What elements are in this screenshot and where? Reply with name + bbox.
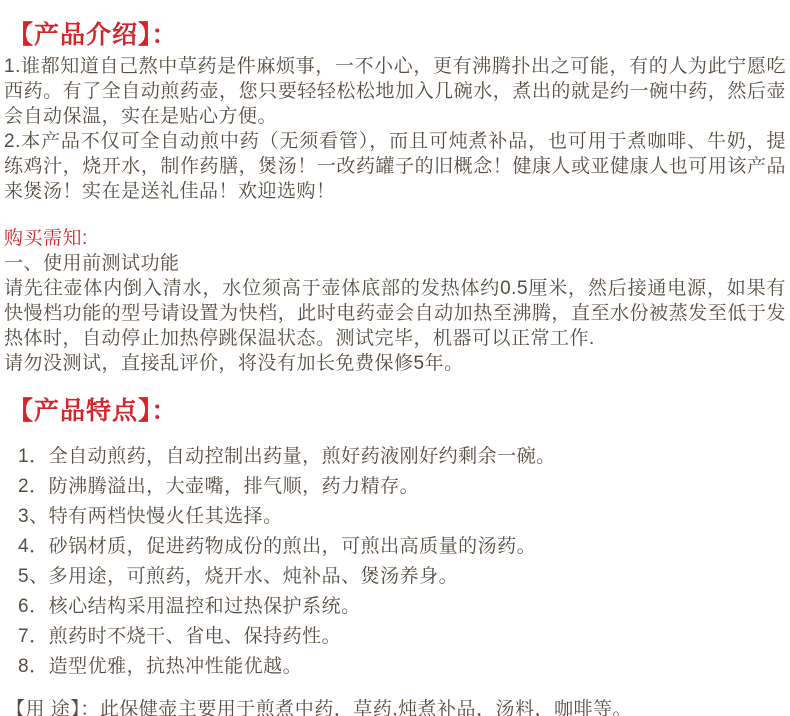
feature-item: 1．全自动煎药，自动控制出药量，煎好药液刚好约剩余一碗。 bbox=[18, 444, 786, 469]
product-description-page: 【产品介绍】： 1.谁都知道自己熬中草药是件麻烦事，一不小心，更有沸腾扑出之可能… bbox=[0, 0, 790, 716]
purchase-notice-label: 购买需知: bbox=[4, 226, 786, 251]
usage-statement: 【用 途】：此保健壶主要用于煎煮中药，草药,炖煮补品，汤料，咖啡等。 bbox=[6, 697, 786, 716]
section-purchase-notice: 购买需知: 一、使用前测试功能 请先往壶体内倒入清水，水位须高于壶体底部的发热体… bbox=[4, 226, 786, 376]
feature-list: 1．全自动煎药，自动控制出药量，煎好药液刚好约剩余一碗。 2．防沸腾溢出，大壶嘴… bbox=[4, 444, 786, 679]
product-features-heading: 【产品特点】： bbox=[8, 396, 786, 426]
notice-warning: 请勿没测试，直接乱评价，将没有加长免费保修5年。 bbox=[4, 351, 786, 376]
feature-item: 3、特有两档快慢火任其选择。 bbox=[18, 504, 786, 529]
intro-paragraph-2: 2.本产品不仅可全自动煎中药（无须看管），而且可炖煮补品，也可用于煮咖啡、牛奶，… bbox=[4, 129, 786, 204]
feature-item: 4．砂锅材质，促进药物成份的煎出，可煎出高质量的汤药。 bbox=[18, 534, 786, 559]
feature-item: 8．造型优雅，抗热冲性能优越。 bbox=[18, 654, 786, 679]
section-product-features: 【产品特点】： 1．全自动煎药，自动控制出药量，煎好药液刚好约剩余一碗。 2．防… bbox=[4, 396, 786, 679]
feature-item: 2．防沸腾溢出，大壶嘴，排气顺，药力精存。 bbox=[18, 474, 786, 499]
feature-item: 5、多用途，可煎药，烧开水、炖补品、煲汤养身。 bbox=[18, 564, 786, 589]
notice-body: 请先往壶体内倒入清水，水位须高于壶体底部的发热体约0.5厘米，然后接通电源，如果… bbox=[4, 276, 786, 351]
product-intro-heading: 【产品介绍】： bbox=[8, 20, 786, 50]
feature-item: 6．核心结构采用温控和过热保护系统。 bbox=[18, 594, 786, 619]
intro-paragraph-1: 1.谁都知道自己熬中草药是件麻烦事，一不小心，更有沸腾扑出之可能，有的人为此宁愿… bbox=[4, 54, 786, 129]
notice-subtitle: 一、使用前测试功能 bbox=[4, 251, 786, 276]
feature-item: 7．煎药时不烧干、省电、保持药性。 bbox=[18, 624, 786, 649]
section-product-intro: 【产品介绍】： 1.谁都知道自己熬中草药是件麻烦事，一不小心，更有沸腾扑出之可能… bbox=[4, 20, 786, 204]
